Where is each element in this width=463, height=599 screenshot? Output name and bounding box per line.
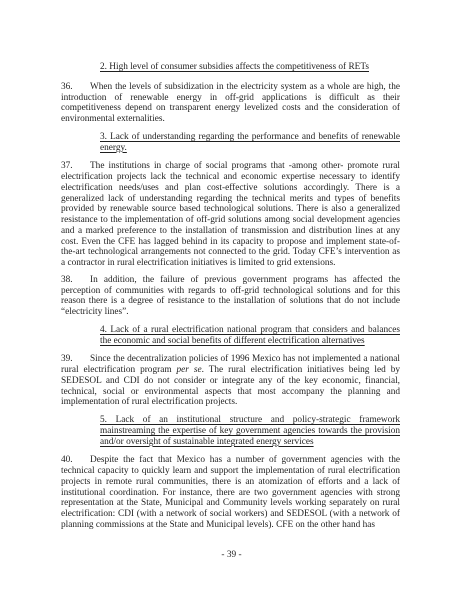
paragraph-40-number: 40. <box>61 455 90 466</box>
paragraph-38: 38.In addition, the failure of previous … <box>61 275 400 318</box>
section-heading-4: 4. Lack of a rural electrification natio… <box>100 325 400 347</box>
page-content: 2. High level of consumer subsidies affe… <box>61 62 400 531</box>
paragraph-39: 39.Since the decentralization policies o… <box>61 354 400 408</box>
paragraph-38-number: 38. <box>61 275 90 286</box>
paragraph-39-latin-phrase: per se <box>177 365 202 375</box>
section-heading-2: 2. High level of consumer subsidies affe… <box>100 62 400 73</box>
paragraph-39-number: 39. <box>61 354 90 365</box>
paragraph-37: 37.The institutions in charge of social … <box>61 161 400 269</box>
paragraph-40: 40.Despite the fact that Mexico has a nu… <box>61 455 400 530</box>
paragraph-37-text: The institutions in charge of social pro… <box>61 161 400 268</box>
section-heading-2-text: 2. High level of consumer subsidies affe… <box>100 62 369 72</box>
section-heading-3-text: 3. Lack of understanding regarding the p… <box>100 132 400 153</box>
page-number: - 39 - <box>221 550 241 560</box>
page-number-footer: - 39 - <box>0 550 463 561</box>
section-heading-3: 3. Lack of understanding regarding the p… <box>100 132 400 154</box>
paragraph-40-text: Despite the fact that Mexico has a numbe… <box>61 455 400 530</box>
paragraph-38-text: In addition, the failure of previous gov… <box>61 275 400 317</box>
paragraph-37-number: 37. <box>61 161 90 172</box>
section-heading-5: 5. Lack of an institutional structure an… <box>100 415 400 447</box>
paragraph-36-text: When the levels of subsidization in the … <box>61 82 400 124</box>
paragraph-36: 36.When the levels of subsidization in t… <box>61 82 400 125</box>
paragraph-36-number: 36. <box>61 82 90 93</box>
section-heading-4-text: 4. Lack of a rural electrification natio… <box>100 325 400 346</box>
section-heading-5-text: 5. Lack of an institutional structure an… <box>100 415 400 447</box>
document-page: 2. High level of consumer subsidies affe… <box>0 0 463 599</box>
